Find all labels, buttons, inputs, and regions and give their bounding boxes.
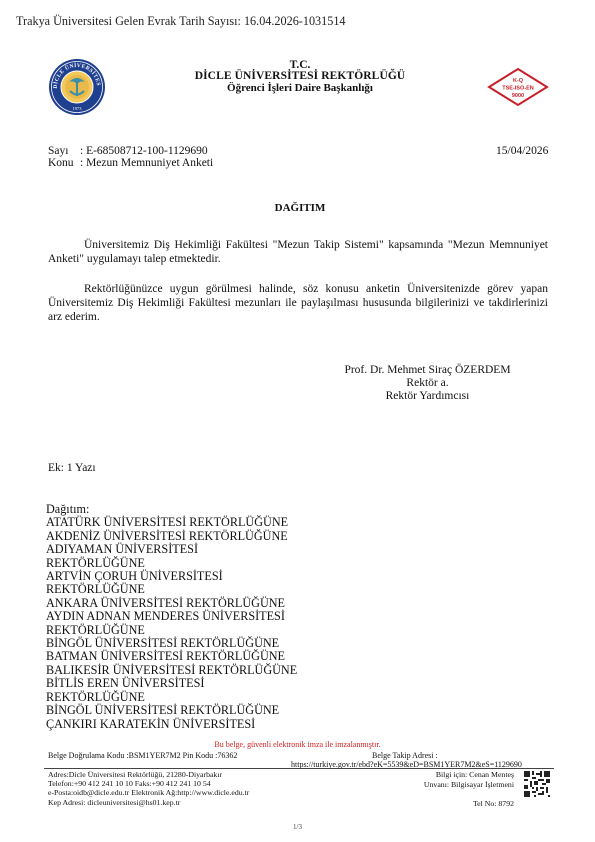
signatory-title: Rektör Yardımcısı (320, 390, 535, 402)
document-date: 15/04/2026 (496, 145, 548, 157)
svg-text:1973: 1973 (73, 106, 83, 111)
distribution-item: AYDIN ADNAN MENDERES ÜNİVERSİTESİ (46, 610, 297, 623)
svg-text:9000: 9000 (512, 93, 524, 99)
header-department: Öğrenci İşleri Daire Başkanlığı (150, 82, 450, 94)
phone-line: Telefon:+90 412 241 10 10 Faks:+90 412 2… (48, 779, 249, 788)
iso-certification-badge: K-Q TSE-ISO-EN 9000 (487, 67, 549, 107)
document-subject: Konu: Mezun Memnuniyet Anketi (48, 157, 213, 169)
konu-label: Konu (48, 157, 80, 169)
header-institution: DİCLE ÜNİVERSİTESİ REKTÖRLÜĞÜ (150, 70, 450, 82)
konu-value: : Mezun Memnuniyet Anketi (80, 157, 213, 169)
distribution-item: ADIYAMAN ÜNİVERSİTESİ (46, 543, 297, 556)
distribution-item: BALIKESİR ÜNİVERSİTESİ REKTÖRLÜĞÜNE (46, 664, 297, 677)
document-number: Sayı: E-68508712-100-1129690 (48, 145, 208, 157)
distribution-item: REKTÖRLÜĞÜNE (46, 691, 297, 704)
university-seal-logo: DİCLE ÜNİVERSİTESİ 1973 (48, 58, 106, 116)
contact-phone: Tel No: 8792 (420, 799, 514, 808)
distribution-label: Dağıtım: (46, 503, 297, 516)
distribution-item: REKTÖRLÜĞÜNE (46, 583, 297, 596)
kep-address-line[interactable]: Kep Adresi: dicleuniversitesi@hs01.kep.t… (48, 798, 249, 807)
distribution-item: BİTLİS EREN ÜNİVERSİTESİ (46, 677, 297, 690)
contact-person: Bilgi için: Cenan Menteş (380, 770, 514, 780)
signatory-name: Prof. Dr. Mehmet Siraç ÖZERDEM (320, 364, 535, 376)
sayi-value: : E-68508712-100-1129690 (80, 145, 208, 157)
svg-text:K-Q: K-Q (513, 78, 524, 84)
distribution-item: AKDENİZ ÜNİVERSİTESİ REKTÖRLÜĞÜNE (46, 530, 297, 543)
sayi-label: Sayı (48, 145, 80, 157)
contact-title: Unvanı: Bilgisayar İşletmeni (380, 780, 514, 790)
distribution-item: ÇANKIRI KARATEKİN ÜNİVERSİTESİ (46, 718, 297, 731)
distribution-item: ANKARA ÜNİVERSİTESİ REKTÖRLÜĞÜNE (46, 597, 297, 610)
footer-address: Adres:Dicle Üniversitesi Rektörlüğü, 212… (48, 770, 249, 807)
distribution-item: REKTÖRLÜĞÜNE (46, 624, 297, 637)
distribution-item: REKTÖRLÜĞÜNE (46, 557, 297, 570)
distribution-item: ARTVİN ÇORUH ÜNİVERSİTESİ (46, 570, 297, 583)
footer-divider (44, 768, 554, 769)
distribution-item: BİNGÖL ÜNİVERSİTESİ REKTÖRLÜĞÜNE (46, 704, 297, 717)
distribution-list: Dağıtım: ATATÜRK ÜNİVERSİTESİ REKTÖRLÜĞÜ… (46, 503, 297, 731)
email-web-line[interactable]: e-Posta:oidb@dicle.edu.tr Elektronik Ağ:… (48, 788, 249, 797)
verification-code: Belge Doğrulama Kodu :BSM1YER7M2 Pin Kod… (48, 751, 237, 760)
svg-text:TSE-ISO-EN: TSE-ISO-EN (502, 86, 534, 92)
distribution-item: ATATÜRK ÜNİVERSİTESİ REKTÖRLÜĞÜNE (46, 516, 297, 529)
distribution-item: BATMAN ÜNİVERSİTESİ REKTÖRLÜĞÜNE (46, 650, 297, 663)
distribution-item: BİNGÖL ÜNİVERSİTESİ REKTÖRLÜĞÜNE (46, 637, 297, 650)
incoming-document-stamp: Trakya Üniversitesi Gelen Evrak Tarih Sa… (16, 14, 346, 29)
tracking-label: Belge Takip Adresi : (372, 751, 438, 760)
qr-code-icon (524, 771, 550, 797)
document-title: DAĞITIM (200, 202, 400, 214)
address-line: Adres:Dicle Üniversitesi Rektörlüğü, 212… (48, 770, 249, 779)
signatory-role: Rektör a. (320, 377, 535, 389)
page-number: 1/3 (0, 823, 595, 831)
attachment-note: Ek: 1 Yazı (48, 462, 96, 474)
contact-info: Bilgi için: Cenan Menteş Unvanı: Bilgisa… (380, 770, 514, 790)
body-paragraph-2: Rektörlüğünüzce uygun görülmesi halinde,… (48, 282, 548, 324)
e-signature-notice: Bu belge, güvenli elektronik imza ile im… (0, 740, 595, 749)
body-paragraph-1: Üniversitemiz Diş Hekimliği Fakültesi "M… (48, 238, 548, 266)
